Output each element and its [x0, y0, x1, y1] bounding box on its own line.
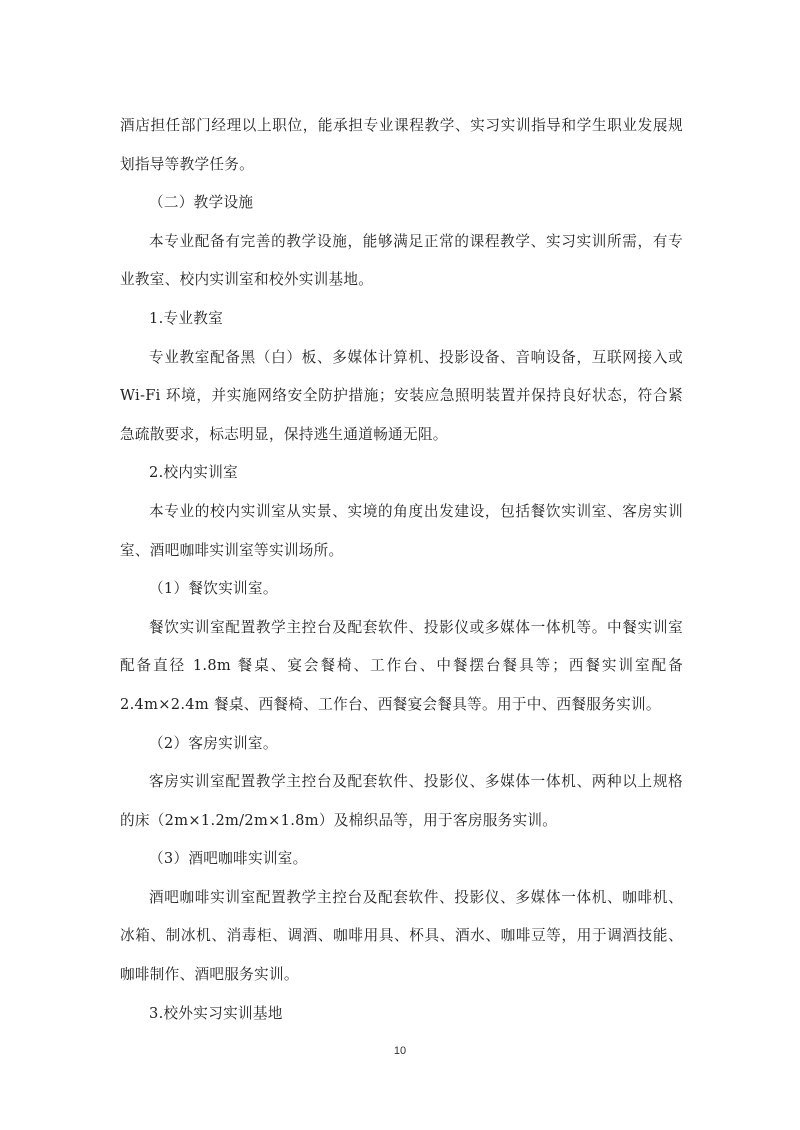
heading-off-campus-base: 3.校外实习实训基地	[120, 995, 683, 1034]
paragraph-bar-coffee-room: 酒吧咖啡实训室配置教学主控台及配套软件、投影仪、多媒体一体机、咖啡机、冰箱、制冰…	[120, 879, 683, 995]
section-heading-teaching-facilities: （二）教学设施	[120, 184, 683, 223]
subheading-guest-room: （2）客房实训室。	[120, 725, 683, 764]
paragraph-classroom-equipment: 专业教室配备黑（白）板、多媒体计算机、投影设备、音响设备，互联网接入或 Wi-F…	[120, 339, 683, 455]
subheading-bar-coffee-room: （3）酒吧咖啡实训室。	[120, 840, 683, 879]
subheading-catering-room: （1）餐饮实训室。	[120, 570, 683, 609]
paragraph-continuation: 酒店担任部门经理以上职位，能承担专业课程教学、实习实训指导和学生职业发展规划指导…	[120, 107, 683, 184]
page-number: 10	[0, 1045, 800, 1057]
paragraph-training-rooms-intro: 本专业的校内实训室从实景、实境的角度出发建设，包括餐饮实训室、客房实训室、酒吧咖…	[120, 493, 683, 570]
paragraph-catering-room: 餐饮实训室配置教学主控台及配套软件、投影仪或多媒体一体机等。中餐实训室配备直径 …	[120, 609, 683, 725]
heading-campus-training-rooms: 2.校内实训室	[120, 454, 683, 493]
heading-professional-classroom: 1.专业教室	[120, 300, 683, 339]
document-page: 酒店担任部门经理以上职位，能承担专业课程教学、实习实训指导和学生职业发展规划指导…	[0, 0, 800, 1130]
paragraph-facilities-intro: 本专业配备有完善的教学设施，能够满足正常的课程教学、实习实训所需，有专业教室、校…	[120, 223, 683, 300]
document-body: 酒店担任部门经理以上职位，能承担专业课程教学、实习实训指导和学生职业发展规划指导…	[120, 107, 683, 1033]
paragraph-guest-room: 客房实训室配置教学主控台及配套软件、投影仪、多媒体一体机、两种以上规格的床（2m…	[120, 763, 683, 840]
